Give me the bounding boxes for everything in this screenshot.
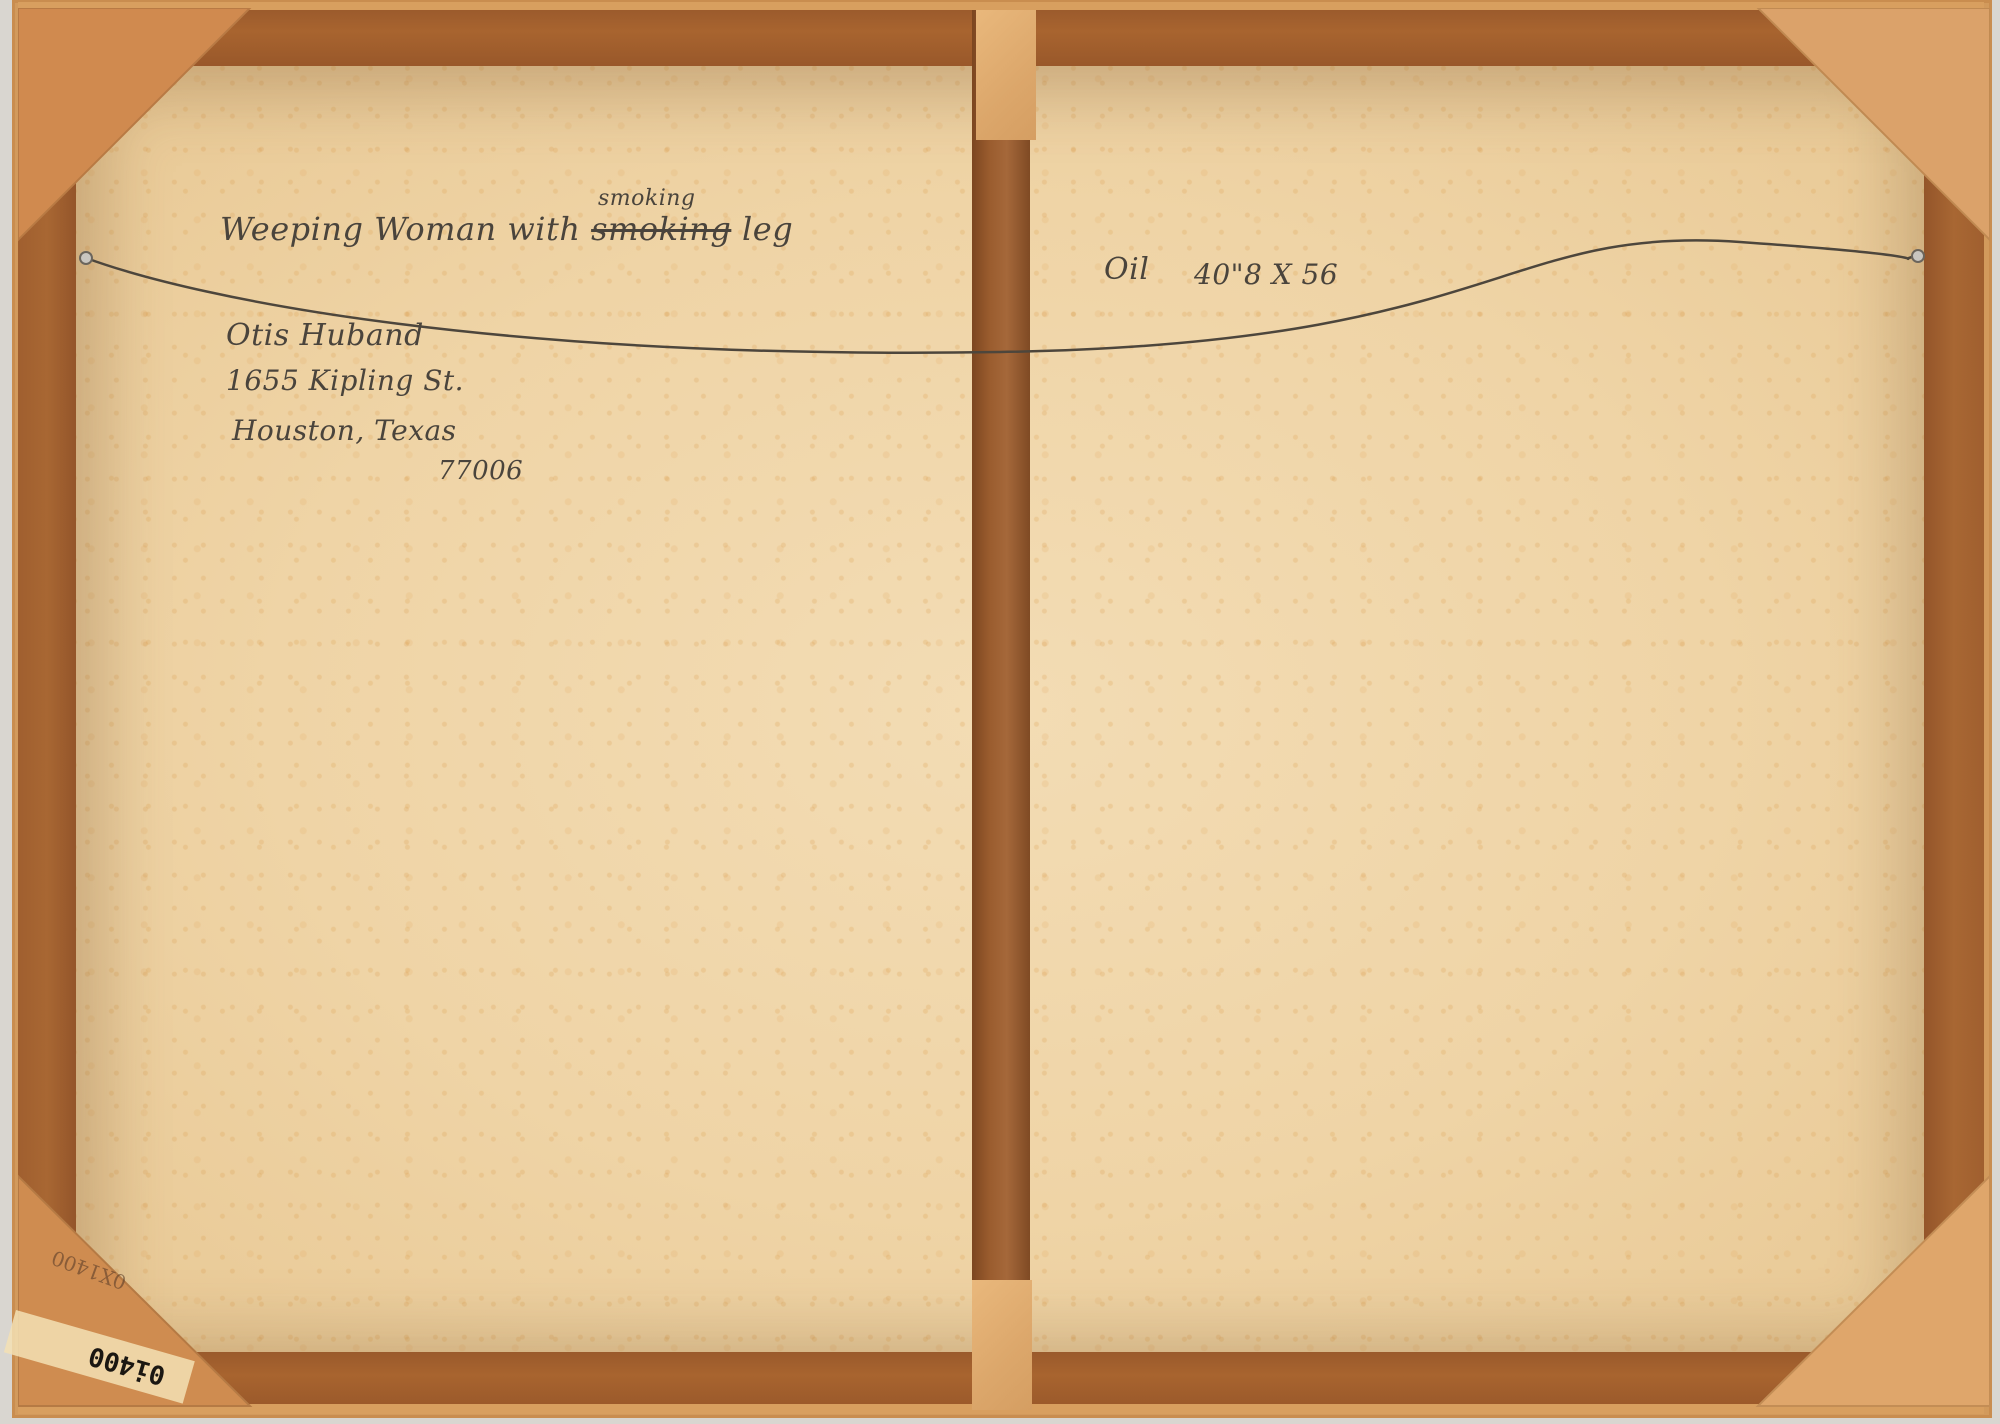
title-struck-word: smoking bbox=[591, 210, 731, 248]
corner-key-bottom-right bbox=[1740, 1166, 1990, 1416]
inscription-title-insert: smoking bbox=[598, 186, 696, 211]
title-suffix: leg bbox=[742, 210, 793, 248]
inscription-zip: 77006 bbox=[438, 456, 523, 486]
inscription-dimensions: 40"8 X 56 bbox=[1194, 258, 1338, 291]
inscription-address-line2: Houston, Texas bbox=[232, 414, 457, 447]
painting-back: Weeping Woman with smoking leg smoking O… bbox=[0, 0, 2000, 1424]
inscription-artist: Otis Huband bbox=[226, 318, 424, 353]
frame-edge-top bbox=[18, 2, 1984, 10]
inscription-address-line1: 1655 Kipling St. bbox=[226, 364, 464, 397]
corner-key-top-right bbox=[1740, 8, 1990, 258]
inscription-title: Weeping Woman with smoking leg bbox=[220, 210, 793, 248]
center-block-top bbox=[976, 10, 1036, 140]
inscription-medium: Oil bbox=[1104, 252, 1149, 287]
stretcher-bar-center bbox=[972, 8, 1030, 1410]
center-block-bottom bbox=[972, 1280, 1032, 1410]
title-prefix: Weeping Woman with bbox=[220, 210, 580, 248]
